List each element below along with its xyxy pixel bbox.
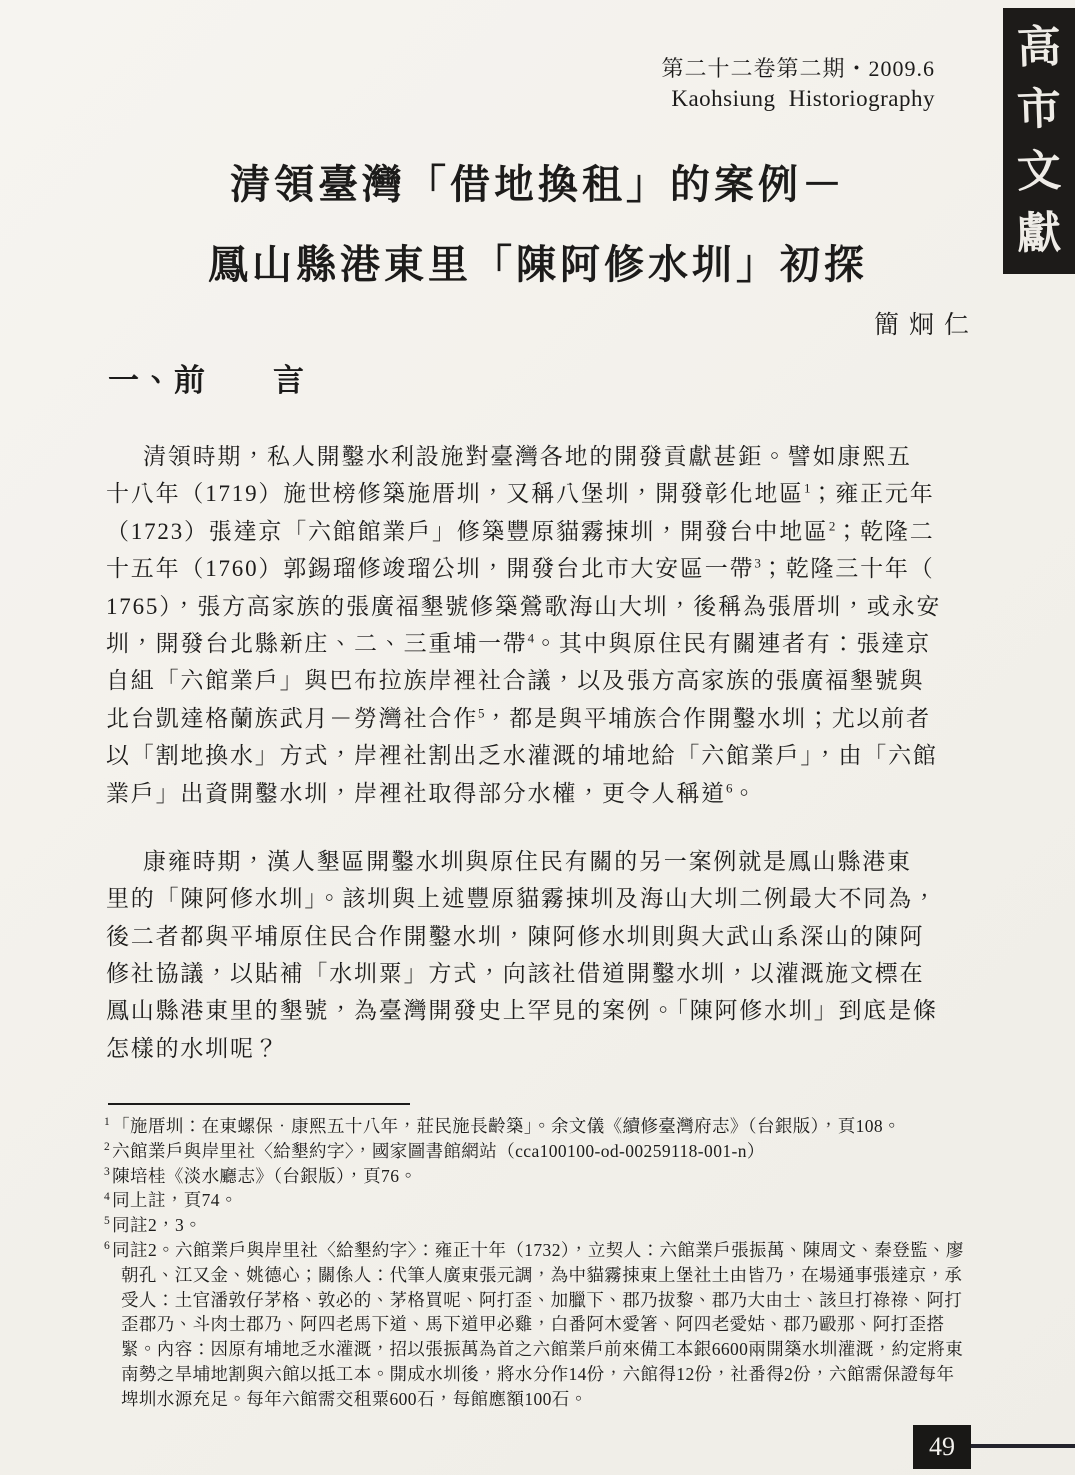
volume-issue-date: 第二十二卷第二期・2009.6 <box>661 54 935 84</box>
article-title-line1: 清領臺灣「借地換租」的案例－ <box>108 165 968 205</box>
paragraph-1: 清領時期，私人開鑿水利設施對臺灣各地的開發貢獻甚鉅。譬如康熙五 十八年（1719… <box>106 438 978 812</box>
section-heading-introduction: 一、前 言 <box>108 355 306 400</box>
footnote-5: 5同註2，3。 <box>104 1213 972 1238</box>
journal-name-english: Kaohsiung Historiography <box>661 84 935 114</box>
footnote-text: 同註2。六館業戶與岸里社〈給墾約字〉：雍正十年（1732），立契人：六館業戶張振… <box>112 1240 964 1409</box>
masthead-char: 獻 <box>1016 211 1062 257</box>
footnote-text: 陳培桂《淡水廳志》（台銀版），頁76。 <box>112 1166 417 1186</box>
author-name: 簡炯仁 <box>874 305 979 341</box>
article-body: 清領時期，私人開鑿水利設施對臺灣各地的開發貢獻甚鉅。譬如康熙五 十八年（1719… <box>106 438 978 1067</box>
footnote-3: 3陳培桂《淡水廳志》（台銀版），頁76。 <box>104 1164 972 1189</box>
footnote-4: 4同上註，頁74。 <box>104 1188 972 1213</box>
body-line: 以「割地換水」方式，岸裡社割出乏水灌溉的埔地給「六館業戶」，由「六館 <box>106 737 978 774</box>
footnote-text: 同上註，頁74。 <box>112 1190 238 1210</box>
body-line: 鳳山縣港東里的墾號，為臺灣開發史上罕見的案例。「陳阿修水圳」到底是條 <box>106 992 978 1029</box>
page-header: 第二十二卷第二期・2009.6 Kaohsiung Historiography <box>661 54 935 114</box>
body-line: 自組「六館業戶」與巴布拉族岸裡社合議，以及張方高家族的張廣福墾號與 <box>106 662 978 699</box>
journal-masthead-banner: 高 市 文 獻 <box>1003 8 1075 274</box>
body-line: 清領時期，私人開鑿水利設施對臺灣各地的開發貢獻甚鉅。譬如康熙五 <box>106 438 978 475</box>
page-number-badge: 49 <box>913 1425 971 1469</box>
body-line: 修社協議，以貼補「水圳粟」方式，向該社借道開鑿水圳，以灌溉施文標在 <box>106 955 978 992</box>
journal-page: 第二十二卷第二期・2009.6 Kaohsiung Historiography… <box>0 0 1075 1475</box>
masthead-char: 文 <box>1016 149 1062 195</box>
footnote-number: 3 <box>104 1166 110 1178</box>
body-line: 十八年（1719）施世榜修築施厝圳，又稱八堡圳，開發彰化地區1；雍正元年 <box>106 475 978 512</box>
body-line: 怎樣的水圳呢？ <box>106 1030 978 1067</box>
page-number-rule <box>971 1444 1075 1448</box>
footnotes: 1「施厝圳：在東螺保．康熙五十八年，莊民施長齡築」。余文儀《續修臺灣府志》（台銀… <box>104 1114 972 1412</box>
footnote-1: 1「施厝圳：在東螺保．康熙五十八年，莊民施長齡築」。余文儀《續修臺灣府志》（台銀… <box>104 1114 972 1139</box>
body-line: 十五年（1760）郭錫瑠修竣瑠公圳，開發台北市大安區一帶3；乾隆三十年（ <box>106 550 978 587</box>
body-line: 里的「陳阿修水圳」。該圳與上述豐原貓霧捒圳及海山大圳二例最大不同為， <box>106 880 978 917</box>
footnote-number: 4 <box>104 1191 110 1203</box>
footnote-2: 2六館業戶與岸里社〈給墾約字〉，國家圖書館網站（cca100100-od-002… <box>104 1139 972 1164</box>
body-line: 北台凱達格蘭族武月－勞灣社合作5，都是與平埔族合作開鑿水圳；尤以前者 <box>106 700 978 737</box>
footnote-text: 同註2，3。 <box>112 1215 202 1235</box>
article-title: 清領臺灣「借地換租」的案例－ 鳳山縣港東里「陳阿修水圳」初探 <box>108 165 968 285</box>
article-title-line2: 鳳山縣港東里「陳阿修水圳」初探 <box>108 245 968 285</box>
body-line: （1723）張達京「六館館業戶」修築豐原貓霧捒圳，開發台中地區2；乾隆二 <box>106 513 978 550</box>
footnote-number: 2 <box>104 1141 110 1153</box>
body-line: 業戶」出資開鑿水圳，岸裡社取得部分水權，更令人稱道6。 <box>106 775 978 812</box>
masthead-char: 市 <box>1016 87 1062 133</box>
body-line: 圳，開發台北縣新庄、二、三重埔一帶4。其中與原住民有關連者有：張達京 <box>106 625 978 662</box>
paragraph-2: 康雍時期，漢人墾區開鑿水圳與原住民有關的另一案例就是鳳山縣港東 里的「陳阿修水圳… <box>106 843 978 1067</box>
body-line: 康雍時期，漢人墾區開鑿水圳與原住民有關的另一案例就是鳳山縣港東 <box>106 843 978 880</box>
footnote-text: 六館業戶與岸里社〈給墾約字〉，國家圖書館網站（cca100100-od-0025… <box>112 1141 765 1161</box>
body-line: 後二者都與平埔原住民合作開鑿水圳，陳阿修水圳則與大武山系深山的陳阿 <box>106 918 978 955</box>
footnote-number: 6 <box>104 1240 110 1252</box>
footnote-number: 1 <box>104 1116 110 1128</box>
body-line: 1765），張方高家族的張廣福墾號修築鶯歌海山大圳，後稱為張厝圳，或永安 <box>106 588 978 625</box>
footnote-number: 5 <box>104 1215 110 1227</box>
page-number: 49 <box>929 1432 955 1462</box>
masthead-char: 高 <box>1016 25 1062 71</box>
footnote-separator-rule <box>108 1103 410 1105</box>
footnote-6: 6同註2。六館業戶與岸里社〈給墾約字〉：雍正十年（1732），立契人：六館業戶張… <box>104 1238 972 1412</box>
footnote-text: 「施厝圳：在東螺保．康熙五十八年，莊民施長齡築」。余文儀《續修臺灣府志》（台銀版… <box>112 1116 901 1136</box>
